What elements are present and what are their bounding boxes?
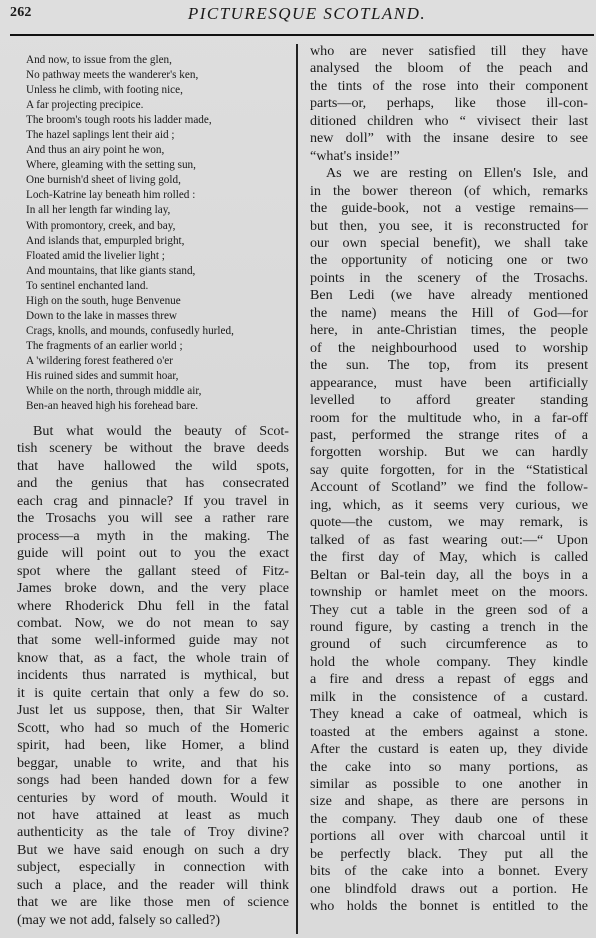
paragraph-line: it is quite certain that only a few do s… <box>17 685 289 702</box>
paragraph-line: bits of the cake into a bonnet. Every <box>310 863 588 880</box>
poem-line: His ruined sides and summit hoar, <box>26 369 288 384</box>
paragraph-line: songs had been handed down for a few <box>17 772 289 789</box>
column-divider <box>296 44 298 934</box>
page-header: 262 PICTURESQUE SCOTLAND. <box>0 0 596 36</box>
poem-line: Crags, knolls, and mounds, confusedly hu… <box>26 324 288 339</box>
paragraph-line: each crag and pinnacle? If you travel in <box>17 493 289 510</box>
paragraph-line: authenticity as the tale of Troy divine? <box>17 824 289 841</box>
paragraph-line: Just let us suppose, then, that Sir Walt… <box>17 702 289 719</box>
poem-line: A 'wildering forest feathered o'er <box>26 354 288 369</box>
paragraph-line: Account of Scotland” we find the follow- <box>310 479 588 496</box>
paragraph-line: process—a myth in the making. The <box>17 528 289 545</box>
poem-line: One burnish'd sheet of living gold, <box>26 173 288 188</box>
poem-line: Floated amid the livelier light ; <box>26 249 288 264</box>
paragraph-line: and the genius that has consecrated <box>17 475 289 492</box>
paragraph-line: “what's inside!” <box>310 148 588 165</box>
paragraph-line: combat. Now, we do not mean to say <box>17 615 289 632</box>
paragraph-line: size and shape, as there are persons in <box>310 793 588 810</box>
paragraph-line: (may we not add, falsely so called?) <box>17 912 289 929</box>
paragraph-line: the tints of the rose into their compone… <box>310 78 588 95</box>
paragraph-line: the guide-book, not a vestige remains— <box>310 200 588 217</box>
poem-line: Down to the lake in masses threw <box>26 309 288 324</box>
paragraph-line: guide will point out to you the exact <box>17 545 289 562</box>
paragraph-line: After the custard is eaten up, they divi… <box>310 741 588 758</box>
paragraph-line: our own special benefit), we shall take <box>310 235 588 252</box>
paragraph-line: toasted at the embers against a stone. <box>310 724 588 741</box>
paragraph-line: analysed the bloom of the peach and <box>310 60 588 77</box>
paragraph-line: where Rhoderick Dhu fell in the fatal <box>17 598 289 615</box>
paragraph-line: the sun. The top, from its present <box>310 357 588 374</box>
poem-line: While on the north, through middle air, <box>26 384 288 399</box>
paragraph-line: in the bower thereon (of which, remarks <box>310 183 588 200</box>
paragraph-line: the name) means the Hill of God—for <box>310 305 588 322</box>
paragraph-line: room for the multitude who, in a far-off <box>310 410 588 427</box>
paragraph-line: They cut a table in the green sod of a <box>310 602 588 619</box>
paragraph-line: talked of as fast wearing out:—“ Upon <box>310 532 588 549</box>
poem-line: And mountains, that like giants stand, <box>26 264 288 279</box>
paragraph-line: Beltan or Bal-tein day, all the boys in … <box>310 567 588 584</box>
paragraph-line: that we are like those men of science <box>17 894 289 911</box>
paragraph-line: levelled to afford greater standing <box>310 392 588 409</box>
book-page: 262 PICTURESQUE SCOTLAND. And now, to is… <box>0 0 596 938</box>
paragraph-line: one blindfold draws out a portion. He <box>310 881 588 898</box>
paragraph-line: the cake into so many portions, as <box>310 759 588 776</box>
paragraph-line: the company. They daub one of these <box>310 811 588 828</box>
paragraph-line: points in the scenery of the Trosachs. <box>310 270 588 287</box>
poem-line: And now, to issue from the glen, <box>26 53 288 68</box>
poem-line: Unless he climb, with footing nice, <box>26 83 288 98</box>
poem-line: The hazel saplings lent their aid ; <box>26 128 288 143</box>
paragraph-line: be perfectly black. They put all the <box>310 846 588 863</box>
poem-line: With promontory, creek, and bay, <box>26 219 288 234</box>
paragraph-line: appearance, must have been artificially <box>310 375 588 392</box>
poem-line: Ben-an heaved high his forehead bare. <box>26 399 288 414</box>
paragraph-line: new doll” with the insane desire to see <box>310 130 588 147</box>
poem-line: Loch-Katrine lay beneath him rolled : <box>26 188 288 203</box>
paragraph-line: ground of such circumference as to <box>310 636 588 653</box>
paragraph-line: spirit, had been, like Homer, a blind <box>17 737 289 754</box>
paragraph-line: beggar, unable to write, and that his <box>17 755 289 772</box>
paragraph-line: parts—or, perhaps, like those ill-con- <box>310 95 588 112</box>
paragraph-line: that have hallowed the wild spots, <box>17 458 289 475</box>
paragraph-line: incidents thus narrated is mythical, but <box>17 667 289 684</box>
paragraph-line: who holds the bonnet is entitled to the <box>310 898 588 915</box>
poem-quotation: And now, to issue from the glen,No pathw… <box>26 53 288 414</box>
paragraph-line: who are never satisfied till they have <box>310 43 588 60</box>
paragraph-line: similar as possible to one another in <box>310 776 588 793</box>
paragraph-line: not have attained at least as much <box>17 807 289 824</box>
left-column-text: But what would the beauty of Scot-tish s… <box>17 423 289 929</box>
paragraph-line: the first day of May, which is called <box>310 549 588 566</box>
poem-line: High on the south, huge Benvenue <box>26 294 288 309</box>
paragraph-line: but then, you see, it is reconstructed f… <box>310 218 588 235</box>
paragraph-line: past, performed the strange rites of a <box>310 427 588 444</box>
paragraph-line: They knead a cake of oatmeal, which is <box>310 706 588 723</box>
poem-line: And islands that, empurpled bright, <box>26 234 288 249</box>
paragraph-line: township or hamlet meet on the moors. <box>310 584 588 601</box>
paragraph-line: Ben Ledi (we have already mentioned <box>310 287 588 304</box>
poem-line: To sentinel enchanted land. <box>26 279 288 294</box>
paragraph-line: As we are resting on Ellen's Isle, and <box>310 165 588 182</box>
paragraph-line: say quite forgotten, for in the “Statist… <box>310 462 588 479</box>
poem-line: The broom's tough roots his ladder made, <box>26 113 288 128</box>
paragraph-line: milk in the consistence of a custard. <box>310 689 588 706</box>
poem-line: And thus an airy point he won, <box>26 143 288 158</box>
paragraph-line: subject, especially in connection with <box>17 859 289 876</box>
poem-line: In all her length far winding lay, <box>26 203 288 218</box>
paragraph-line: the Trosachs you will see a rather rare <box>17 510 289 527</box>
poem-line: No pathway meets the wanderer's ken, <box>26 68 288 83</box>
poem-line: A far projecting precipice. <box>26 98 288 113</box>
paragraph-line: hold the whole company. They kindle <box>310 654 588 671</box>
poem-line: Where, gleaming with the setting sun, <box>26 158 288 173</box>
paragraph-line: But we have said enough on such a dry <box>17 842 289 859</box>
paragraph-line: centuries by word of mouth. Would it <box>17 790 289 807</box>
paragraph-line: know that, as a fact, the whole train of <box>17 650 289 667</box>
header-rule <box>10 34 594 36</box>
right-column-text: who are never satisfied till they havean… <box>310 43 588 916</box>
paragraph-line: spot where the gallant steed of Fitz- <box>17 563 289 580</box>
paragraph-line: round figure, by casting a trench in the <box>310 619 588 636</box>
paragraph-line: a fire and dress a repast of eggs and <box>310 671 588 688</box>
paragraph-line: tish scenery be without the brave deeds <box>17 440 289 457</box>
paragraph-line: quote—the custom, we may remark, is <box>310 514 588 531</box>
paragraph-line: the opportunity of noticing one or two <box>310 252 588 269</box>
running-title: PICTURESQUE SCOTLAND. <box>0 4 596 24</box>
paragraph-line: But what would the beauty of Scot- <box>17 423 289 440</box>
paragraph-line: such a place, and the reader will think <box>17 877 289 894</box>
paragraph-line: that some well-informed guide may not <box>17 632 289 649</box>
paragraph-line: of the neighbourhood used to worship <box>310 340 588 357</box>
paragraph-line: James broke down, and the very place <box>17 580 289 597</box>
paragraph-line: forgotten worship. But we can hardly <box>310 444 588 461</box>
paragraph-line: portions all over with charcoal until it <box>310 828 588 845</box>
paragraph-line: ditioned children who “ vivisect their l… <box>310 113 588 130</box>
poem-line: The fragments of an earlier world ; <box>26 339 288 354</box>
paragraph-line: here, in ante-Christian times, the peopl… <box>310 322 588 339</box>
paragraph-line: ing, which, as it seems very curious, we <box>310 497 588 514</box>
paragraph-line: Scott, who had so much of the Homeric <box>17 720 289 737</box>
